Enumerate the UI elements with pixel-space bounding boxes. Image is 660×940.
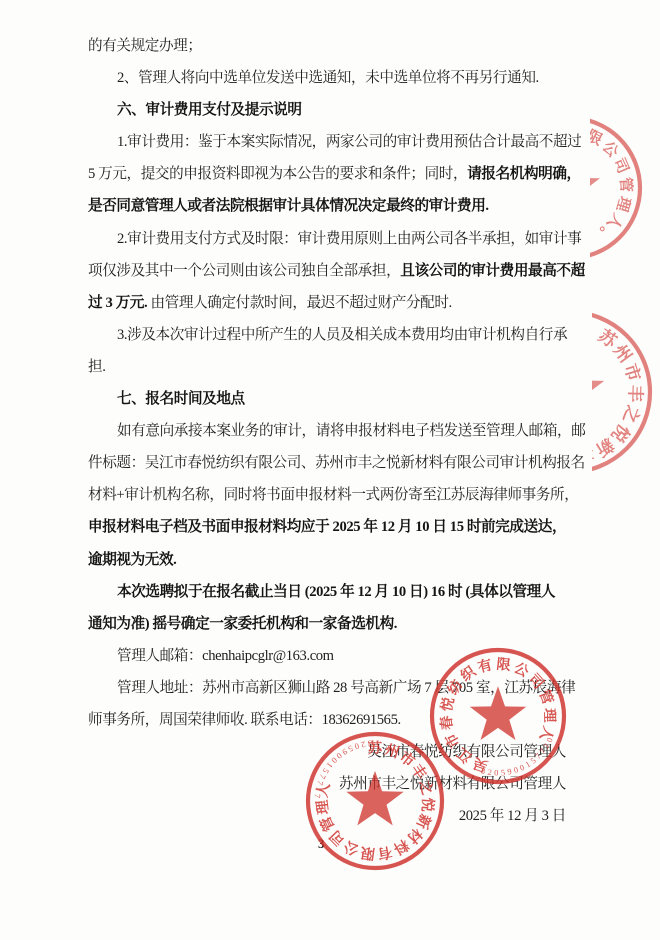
doc-text: 材料+审计机构名称，同时将书面申报材料一式两份寄至江苏辰海律师事务所， (88, 487, 578, 503)
doc-text: 管理人邮箱：chenhaipcglr@163.com (117, 648, 334, 664)
doc-line-14: 件标题：吴江市春悦纺织有限公司、苏州市丰之悦新材料有限公司审计机构报名 (88, 447, 572, 479)
svg-text:公: 公 (341, 837, 362, 859)
doc-text: 如有意向承接本案业务的审计，请将申报材料电子档发送至管理人邮箱，邮 (117, 423, 585, 439)
doc-text: 2、管理人将向中选单位发送中选通知，未中选单位将不再另行通知. (117, 70, 539, 86)
doc-text: 担. (88, 359, 105, 375)
doc-text-bold: 通知为准) 摇号确定一家委托机构和一家备选机构. (88, 616, 397, 632)
doc-line-21: 管理人地址：苏州市高新区狮山路 28 号高新广场 7 层 705 室，江苏辰海律 (88, 672, 572, 704)
svg-text:苏: 苏 (595, 325, 621, 352)
doc-text-bold: 六、审计费用支付及提示说明 (117, 102, 302, 118)
svg-text:司: 司 (610, 155, 633, 176)
doc-line-13: 如有意向承接本案业务的审计，请将申报材料电子档发送至管理人邮箱，邮 (88, 415, 572, 447)
doc-line-10: 3.涉及本次审计过程中所产生的人员及相关成本费用均由审计机构自行承 (88, 319, 572, 351)
doc-line-6: 是否同意管理人或者法院根据审计具体情况决定最终的审计费用. (88, 190, 572, 222)
doc-line-7: 2.审计费用支付方式及时限：审计费用原则上由两公司各半承担，如审计事 (88, 223, 572, 255)
svg-text:州: 州 (610, 341, 635, 366)
doc-text-bold: 逾期视为无效. (88, 552, 176, 568)
doc-line-17: 逾期视为无效. (88, 544, 572, 576)
doc-text-bold: 本次选聘拟于在报名截止当日 (2025 年 12 月 10 日) 16 时 (具… (117, 584, 555, 600)
svg-text:丰: 丰 (625, 385, 645, 403)
document-body: 的有关规定办理；2、管理人将向中选单位发送中选通知，未中选单位将不再另行通知.六… (88, 30, 572, 832)
svg-text:料: 料 (390, 836, 411, 858)
doc-line-24: 苏州市丰之悦新材料有限公司管理人 (88, 768, 572, 800)
doc-line-4: 1.审计费用：鉴于本案实际情况，两家公司的审计费用预估合计最高不超过 (88, 126, 572, 158)
doc-line-23: 吴江市春悦纺织有限公司管理人 (88, 736, 572, 768)
doc-text-bold: 是否同意管理人或者法院根据审计具体情况决定最终的审计费用. (88, 198, 489, 214)
doc-line-15: 材料+审计机构名称，同时将书面申报材料一式两份寄至江苏辰海律师事务所， (88, 479, 572, 511)
doc-text-bold: 过 3 万元. (88, 295, 150, 311)
doc-line-12: 七、报名时间及地点 (88, 383, 572, 415)
svg-text:限: 限 (584, 126, 605, 149)
svg-text:悦: 悦 (608, 420, 634, 446)
document-page: 的有关规定办理；2、管理人将向中选单位发送中选通知，未中选单位将不再另行通知.六… (0, 0, 660, 940)
doc-text: 5 万元，提交的申报资料即视为本公告的要求和条件；同时， (88, 166, 467, 182)
doc-text-bold: 申报材料电子档及书面申报材料均应于 2025 年 12 月 10 日 15 时前… (88, 519, 566, 535)
svg-text:。: 。 (589, 223, 610, 245)
doc-line-25: 2025 年 12 月 3 日 (88, 800, 572, 832)
doc-text: 2.审计费用支付方式及时限：审计费用原则上由两公司各半承担，如审计事 (117, 231, 581, 247)
svg-text:有: 有 (376, 843, 394, 863)
doc-text: 吴江市春悦纺织有限公司管理人 (367, 744, 566, 760)
doc-line-5: 5 万元，提交的申报资料即视为本公告的要求和条件；同时，请报名机构明确， (88, 158, 572, 190)
doc-line-9: 过 3 万元. 由管理人确定付款时间，最迟不超过财产分配时. (88, 287, 572, 319)
doc-text: 管理人地址：苏州市高新区狮山路 28 号高新广场 7 层 705 室，江苏辰海律 (117, 680, 575, 696)
page-number: 3 (318, 836, 325, 852)
doc-line-8: 项仅涉及其中一个公司则由该公司独自全部承担，且该公司的审计费用最高不超 (88, 255, 572, 287)
doc-text-bold: 且该公司的审计费用最高不超 (400, 263, 585, 279)
doc-text: 件标题：吴江市春悦纺织有限公司、苏州市丰之悦新材料有限公司审计机构报名 (88, 455, 585, 471)
doc-line-11: 担. (88, 351, 572, 383)
svg-text:管: 管 (616, 177, 635, 193)
doc-text: 2025 年 12 月 3 日 (459, 808, 566, 824)
svg-text:公: 公 (599, 138, 622, 161)
doc-text-bold: 七、报名时间及地点 (117, 391, 245, 407)
doc-text-bold: 请报名机构明确， (467, 166, 581, 182)
doc-text: 由管理人确定付款时间，最迟不超过财产分配时. (150, 295, 451, 311)
doc-line-22: 师事务所，周国荣律师收. 联系电话：18362691565. (88, 704, 572, 736)
doc-line-3: 六、审计费用支付及提示说明 (88, 94, 572, 126)
doc-text: 的有关规定办理； (88, 38, 202, 54)
doc-text: 项仅涉及其中一个公司则由该公司独自全部承担， (88, 263, 400, 279)
doc-text: 苏州市丰之悦新材料有限公司管理人 (339, 776, 566, 792)
svg-text:限: 限 (359, 843, 376, 863)
doc-text: 师事务所，周国荣律师收. 联系电话：18362691565. (88, 712, 401, 728)
svg-text:之: 之 (619, 403, 644, 426)
doc-line-1: 的有关规定办理； (88, 30, 572, 62)
svg-text:市: 市 (620, 361, 644, 383)
doc-text: 3.涉及本次审计过程中所产生的人员及相关成本费用均由审计机构自行承 (117, 327, 567, 343)
svg-text:理: 理 (613, 194, 634, 214)
doc-line-20: 管理人邮箱：chenhaipcglr@163.com (88, 640, 572, 672)
svg-text:人: 人 (603, 210, 626, 232)
doc-line-18: 本次选聘拟于在报名截止当日 (2025 年 12 月 10 日) 16 时 (具… (88, 576, 572, 608)
svg-text:新: 新 (592, 434, 618, 461)
doc-line-19: 通知为准) 摇号确定一家委托机构和一家备选机构. (88, 608, 572, 640)
doc-line-16: 申报材料电子档及书面申报材料均应于 2025 年 12 月 10 日 15 时前… (88, 511, 572, 543)
doc-text: 1.审计费用：鉴于本案实际情况，两家公司的审计费用预估合计最高不超过 (117, 134, 581, 150)
doc-line-2: 2、管理人将向中选单位发送中选通知，未中选单位将不再另行通知. (88, 62, 572, 94)
